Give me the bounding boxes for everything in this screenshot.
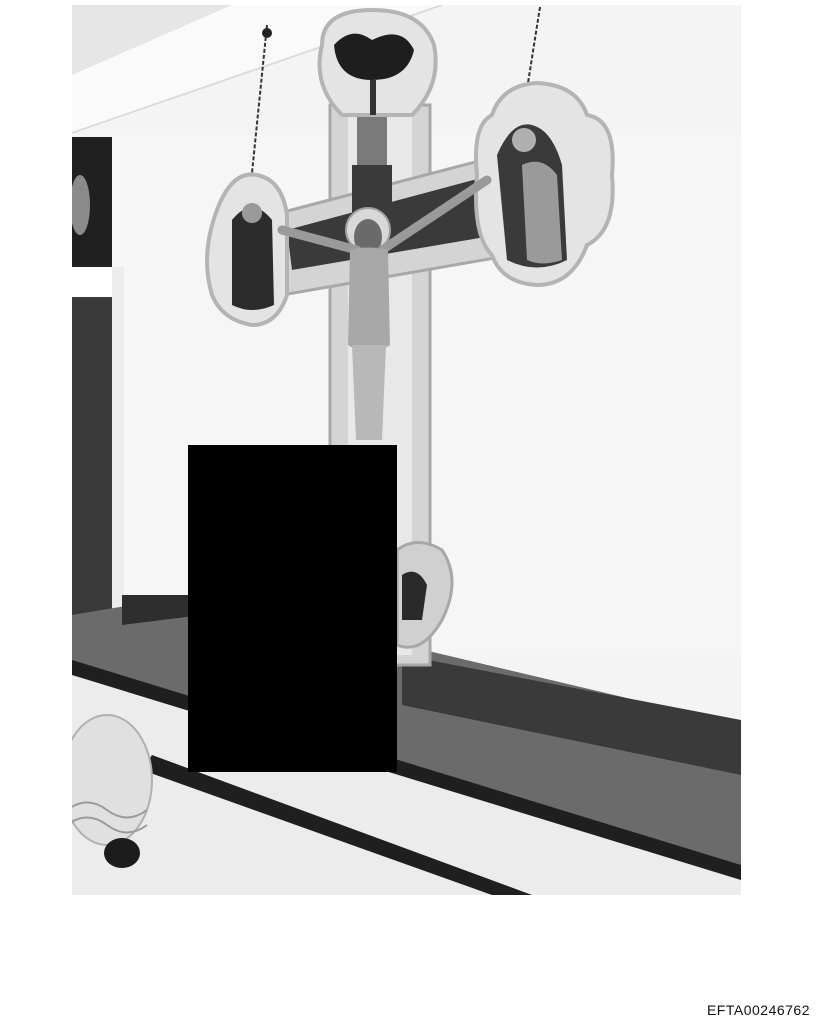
redaction-box [188, 445, 397, 772]
document-id: EFTA00246762 [707, 1002, 810, 1018]
photo-illustration [72, 5, 741, 895]
photograph [72, 5, 741, 895]
